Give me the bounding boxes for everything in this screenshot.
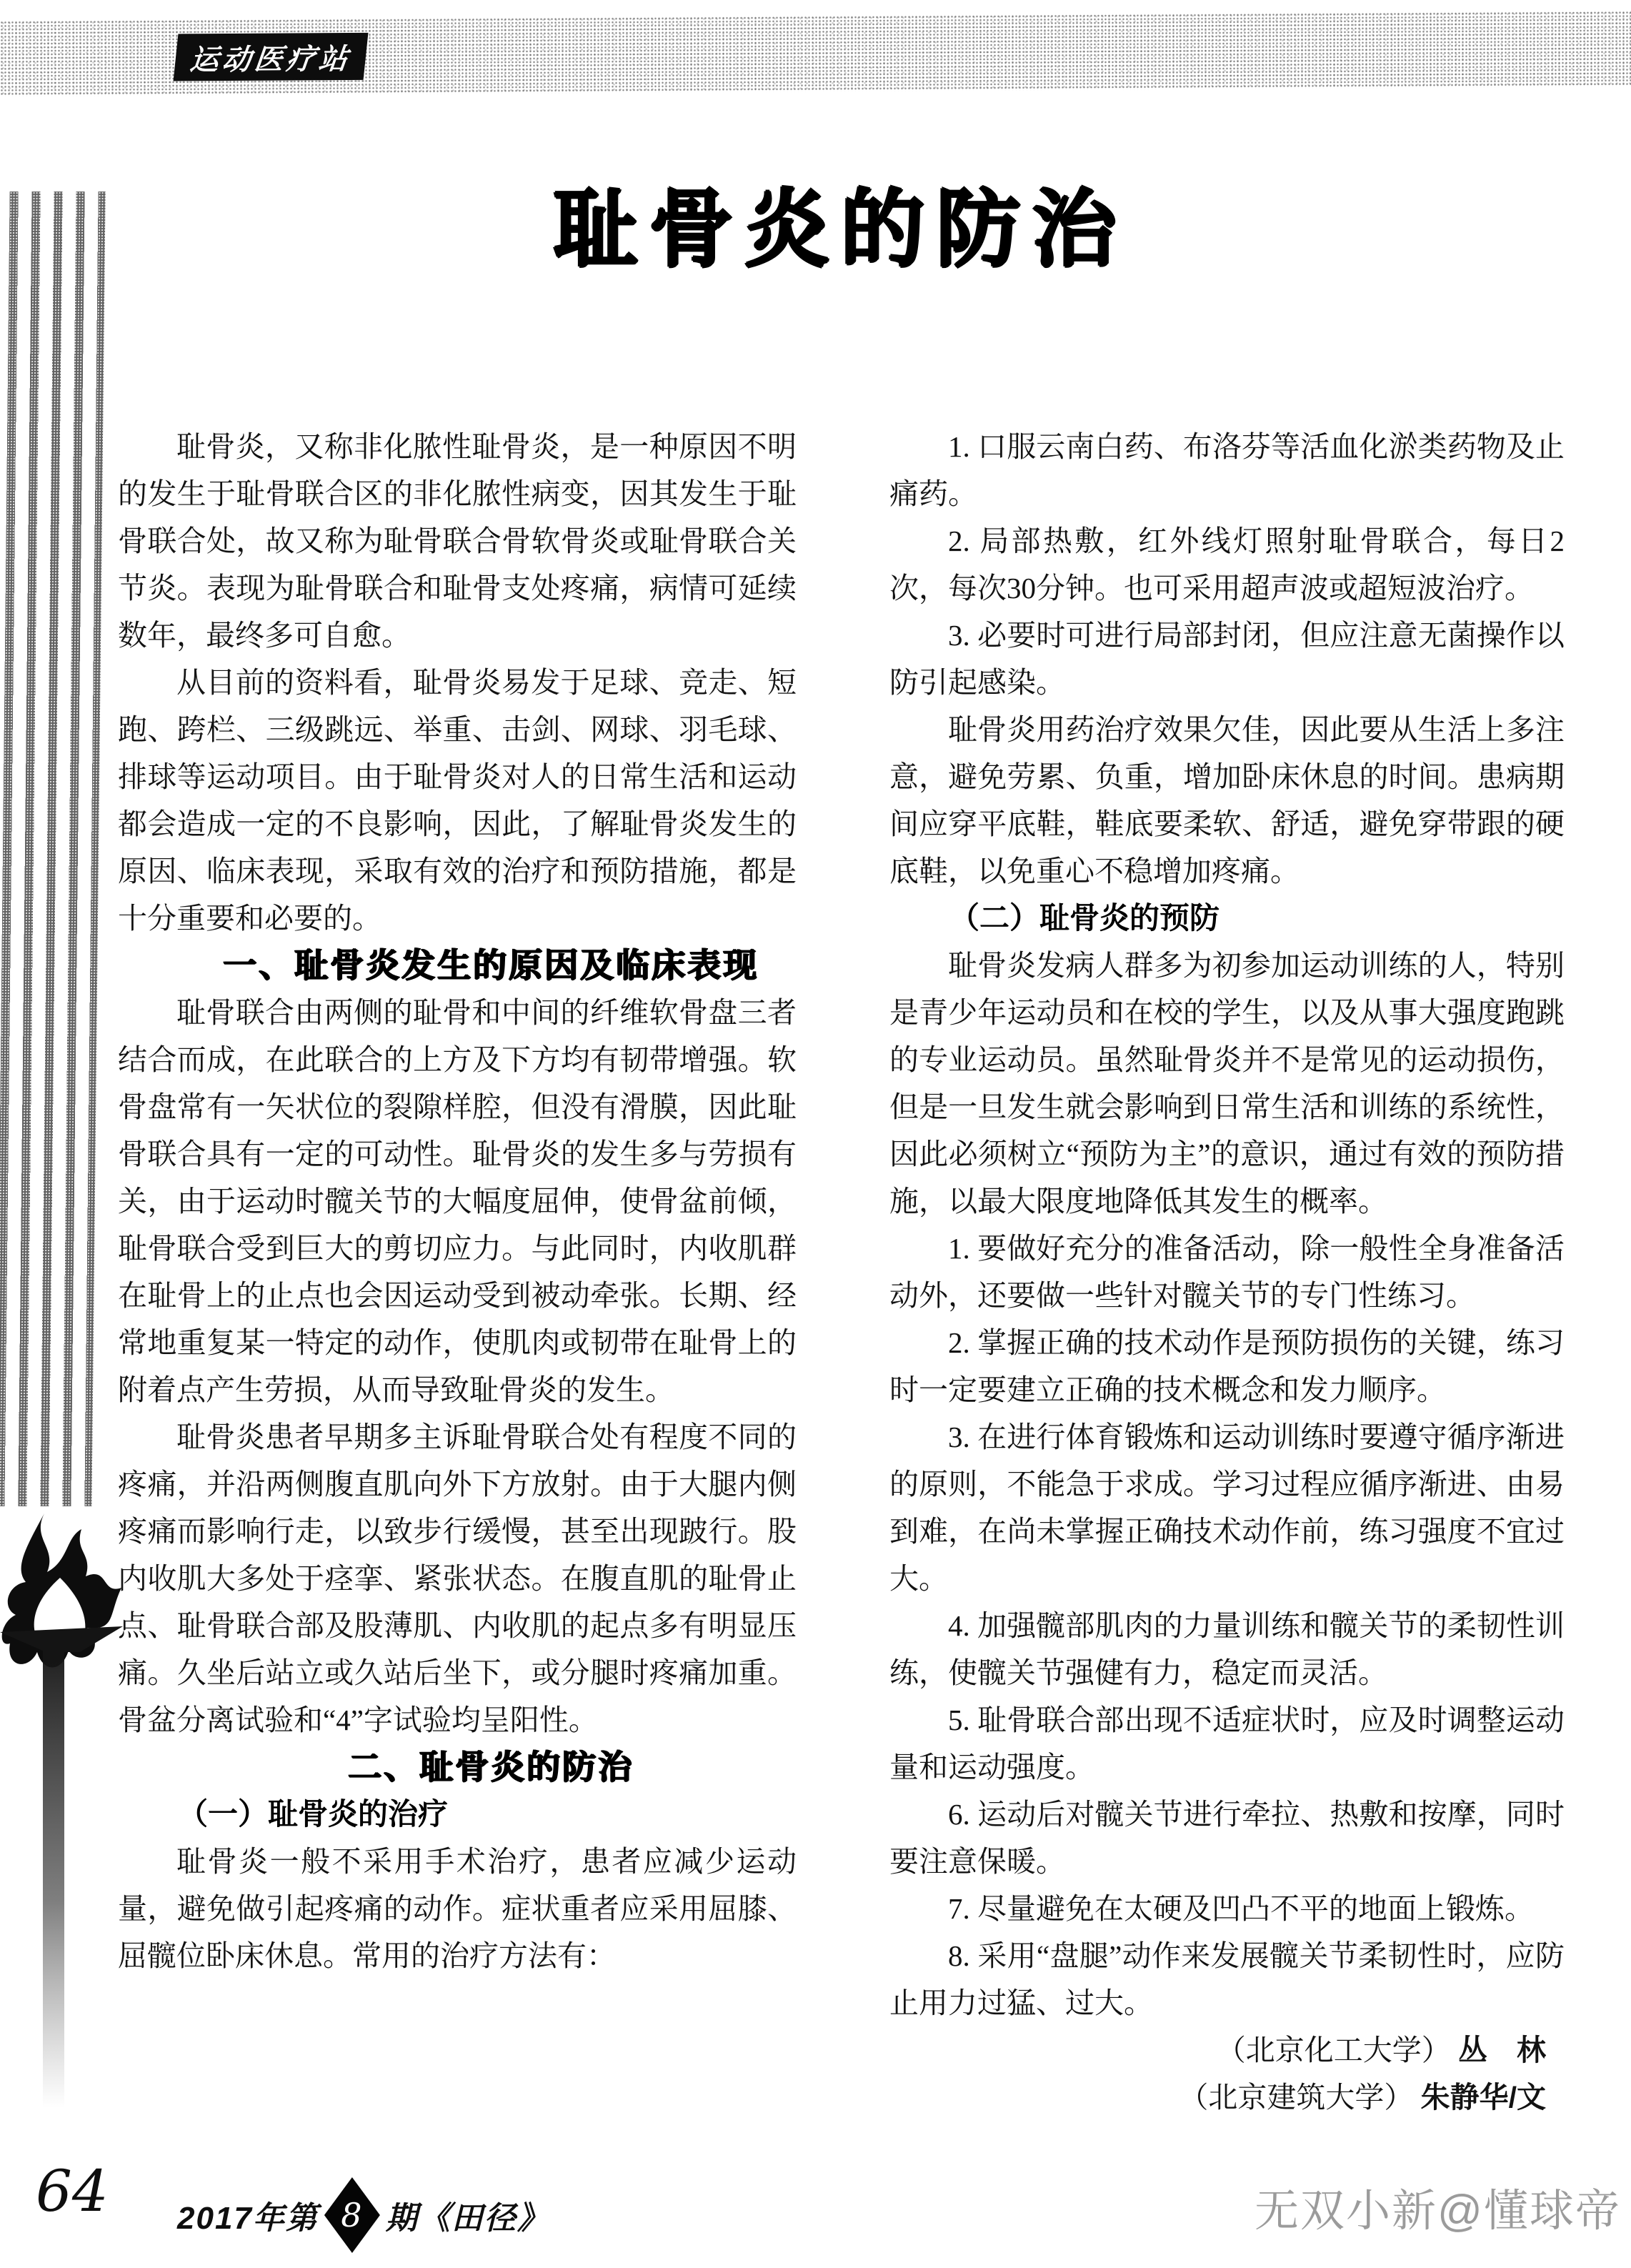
paragraph-treatment-intro: 耻骨炎一般不采用手术治疗，患者应减少运动量，避免做引起疼痛的动作。症状重者应采用… — [118, 1838, 797, 1979]
byline-org-2: （北京建筑大学） — [1179, 2081, 1413, 2114]
scanned-magazine-page: { "page": { "badge": "运动医疗站", "title": "… — [0, 0, 1631, 2268]
subheading-treatment: （一）耻骨炎的治疗 — [118, 1791, 797, 1838]
paragraph-sports: 从目前的资料看，耻骨炎易发于足球、竞走、短跑、跨栏、三级跳远、举重、击剑、网球、… — [118, 659, 797, 942]
prevention-item-7: 7. 尽量避免在太硬及凹凸不平的地面上锻炼。 — [889, 1885, 1565, 1932]
byline-name-1: 丛 林 — [1458, 2034, 1546, 2066]
paragraph-prevention-intro: 耻骨炎发病人群多为初参加运动训练的人，特别是青少年运动员和在校的学生，以及从事大… — [889, 942, 1565, 1225]
paragraph-intro: 耻骨炎，又称非化脓性耻骨炎，是一种原因不明的发生于耻骨联合区的非化脓性病变，因其… — [118, 423, 797, 659]
byline-author-1: （北京化工大学） 丛 林 — [889, 2026, 1565, 2074]
prevention-item-5: 5. 耻骨联合部出现不适症状时，应及时调整运动量和运动强度。 — [889, 1696, 1565, 1791]
torch-icon — [0, 1509, 123, 2124]
column-badge-label: 运动医疗站 — [189, 36, 354, 77]
right-column: 1. 口服云南白药、布洛芬等活血化淤类药物及止痛药。 2. 局部热敷，红外线灯照… — [889, 423, 1565, 2121]
byline-author-2: （北京建筑大学） 朱静华/文 — [889, 2074, 1565, 2121]
treatment-item-1: 1. 口服云南白药、布洛芬等活血化淤类药物及止痛药。 — [889, 423, 1565, 517]
watermark-text: 无双小新@懂球帝 — [1255, 2175, 1621, 2239]
paragraph-anatomy: 耻骨联合由两侧的耻骨和中间的纤维软骨盘三者结合而成，在此联合的上方及下方均有韧带… — [118, 989, 797, 1413]
treatment-item-2: 2. 局部热敷，红外线灯照射耻骨联合，每日2次，每次30分钟。也可采用超声波或超… — [889, 517, 1565, 612]
prevention-item-2: 2. 掌握正确的技术动作是预防损伤的关键，练习时一定要建立正确的技术概念和发力顺… — [889, 1319, 1565, 1413]
byline-org-1: （北京化工大学） — [1217, 2034, 1451, 2066]
column-badge: 运动医疗站 — [174, 33, 369, 81]
article-title: 耻骨炎的防治 — [0, 184, 1631, 277]
subheading-prevention: （二）耻骨炎的预防 — [889, 895, 1565, 942]
byline-name-2: 朱静华/文 — [1421, 2081, 1546, 2114]
treatment-item-3: 3. 必要时可进行局部封闭，但应注意无菌操作以防引起感染。 — [889, 612, 1565, 706]
page-number: 64 — [36, 2158, 109, 2224]
paragraph-lifestyle: 耻骨炎用药治疗效果欠佳，因此要从生活上多注意，避免劳累、负重，增加卧床休息的时间… — [889, 706, 1565, 895]
torch-handle — [43, 1651, 64, 2108]
section-heading-causes: 一、耻骨炎发生的原因及临床表现 — [118, 942, 797, 989]
left-column: 耻骨炎，又称非化脓性耻骨炎，是一种原因不明的发生于耻骨联合区的非化脓性病变，因其… — [118, 423, 797, 1979]
issue-suffix: 期《田径》 — [386, 2192, 550, 2238]
issue-prefix: 2017年第 — [177, 2192, 319, 2238]
prevention-item-4: 4. 加强髋部肌肉的力量训练和髋关节的柔韧性训练，使髋关节强健有力，稳定而灵活。 — [889, 1602, 1565, 1696]
issue-info: 2017年第 8 期《田径》 — [177, 2181, 550, 2249]
prevention-item-3: 3. 在进行体育锻炼和运动训练时要遵守循序渐进的原则，不能急于求成。学习过程应循… — [889, 1413, 1565, 1602]
margin-stripes-decoration — [0, 192, 106, 1506]
issue-number-diamond-icon: 8 — [324, 2177, 380, 2253]
prevention-item-1: 1. 要做好充分的准备活动，除一般性全身准备活动外，还要做一些针对髋关节的专门性… — [889, 1225, 1565, 1319]
section-heading-prevention-treatment: 二、耻骨炎的防治 — [118, 1744, 797, 1791]
paragraph-symptoms: 耻骨炎患者早期多主诉耻骨联合处有程度不同的疼痛，并沿两侧腹直肌向外下方放射。由于… — [118, 1413, 797, 1744]
prevention-item-8: 8. 采用“盘腿”动作来发展髋关节柔韧性时，应防止用力过猛、过大。 — [889, 1932, 1565, 2026]
prevention-item-6: 6. 运动后对髋关节进行牵拉、热敷和按摩，同时要注意保暖。 — [889, 1791, 1565, 1885]
header-band: 运动医疗站 — [0, 11, 1631, 96]
issue-number: 8 — [341, 2196, 363, 2234]
